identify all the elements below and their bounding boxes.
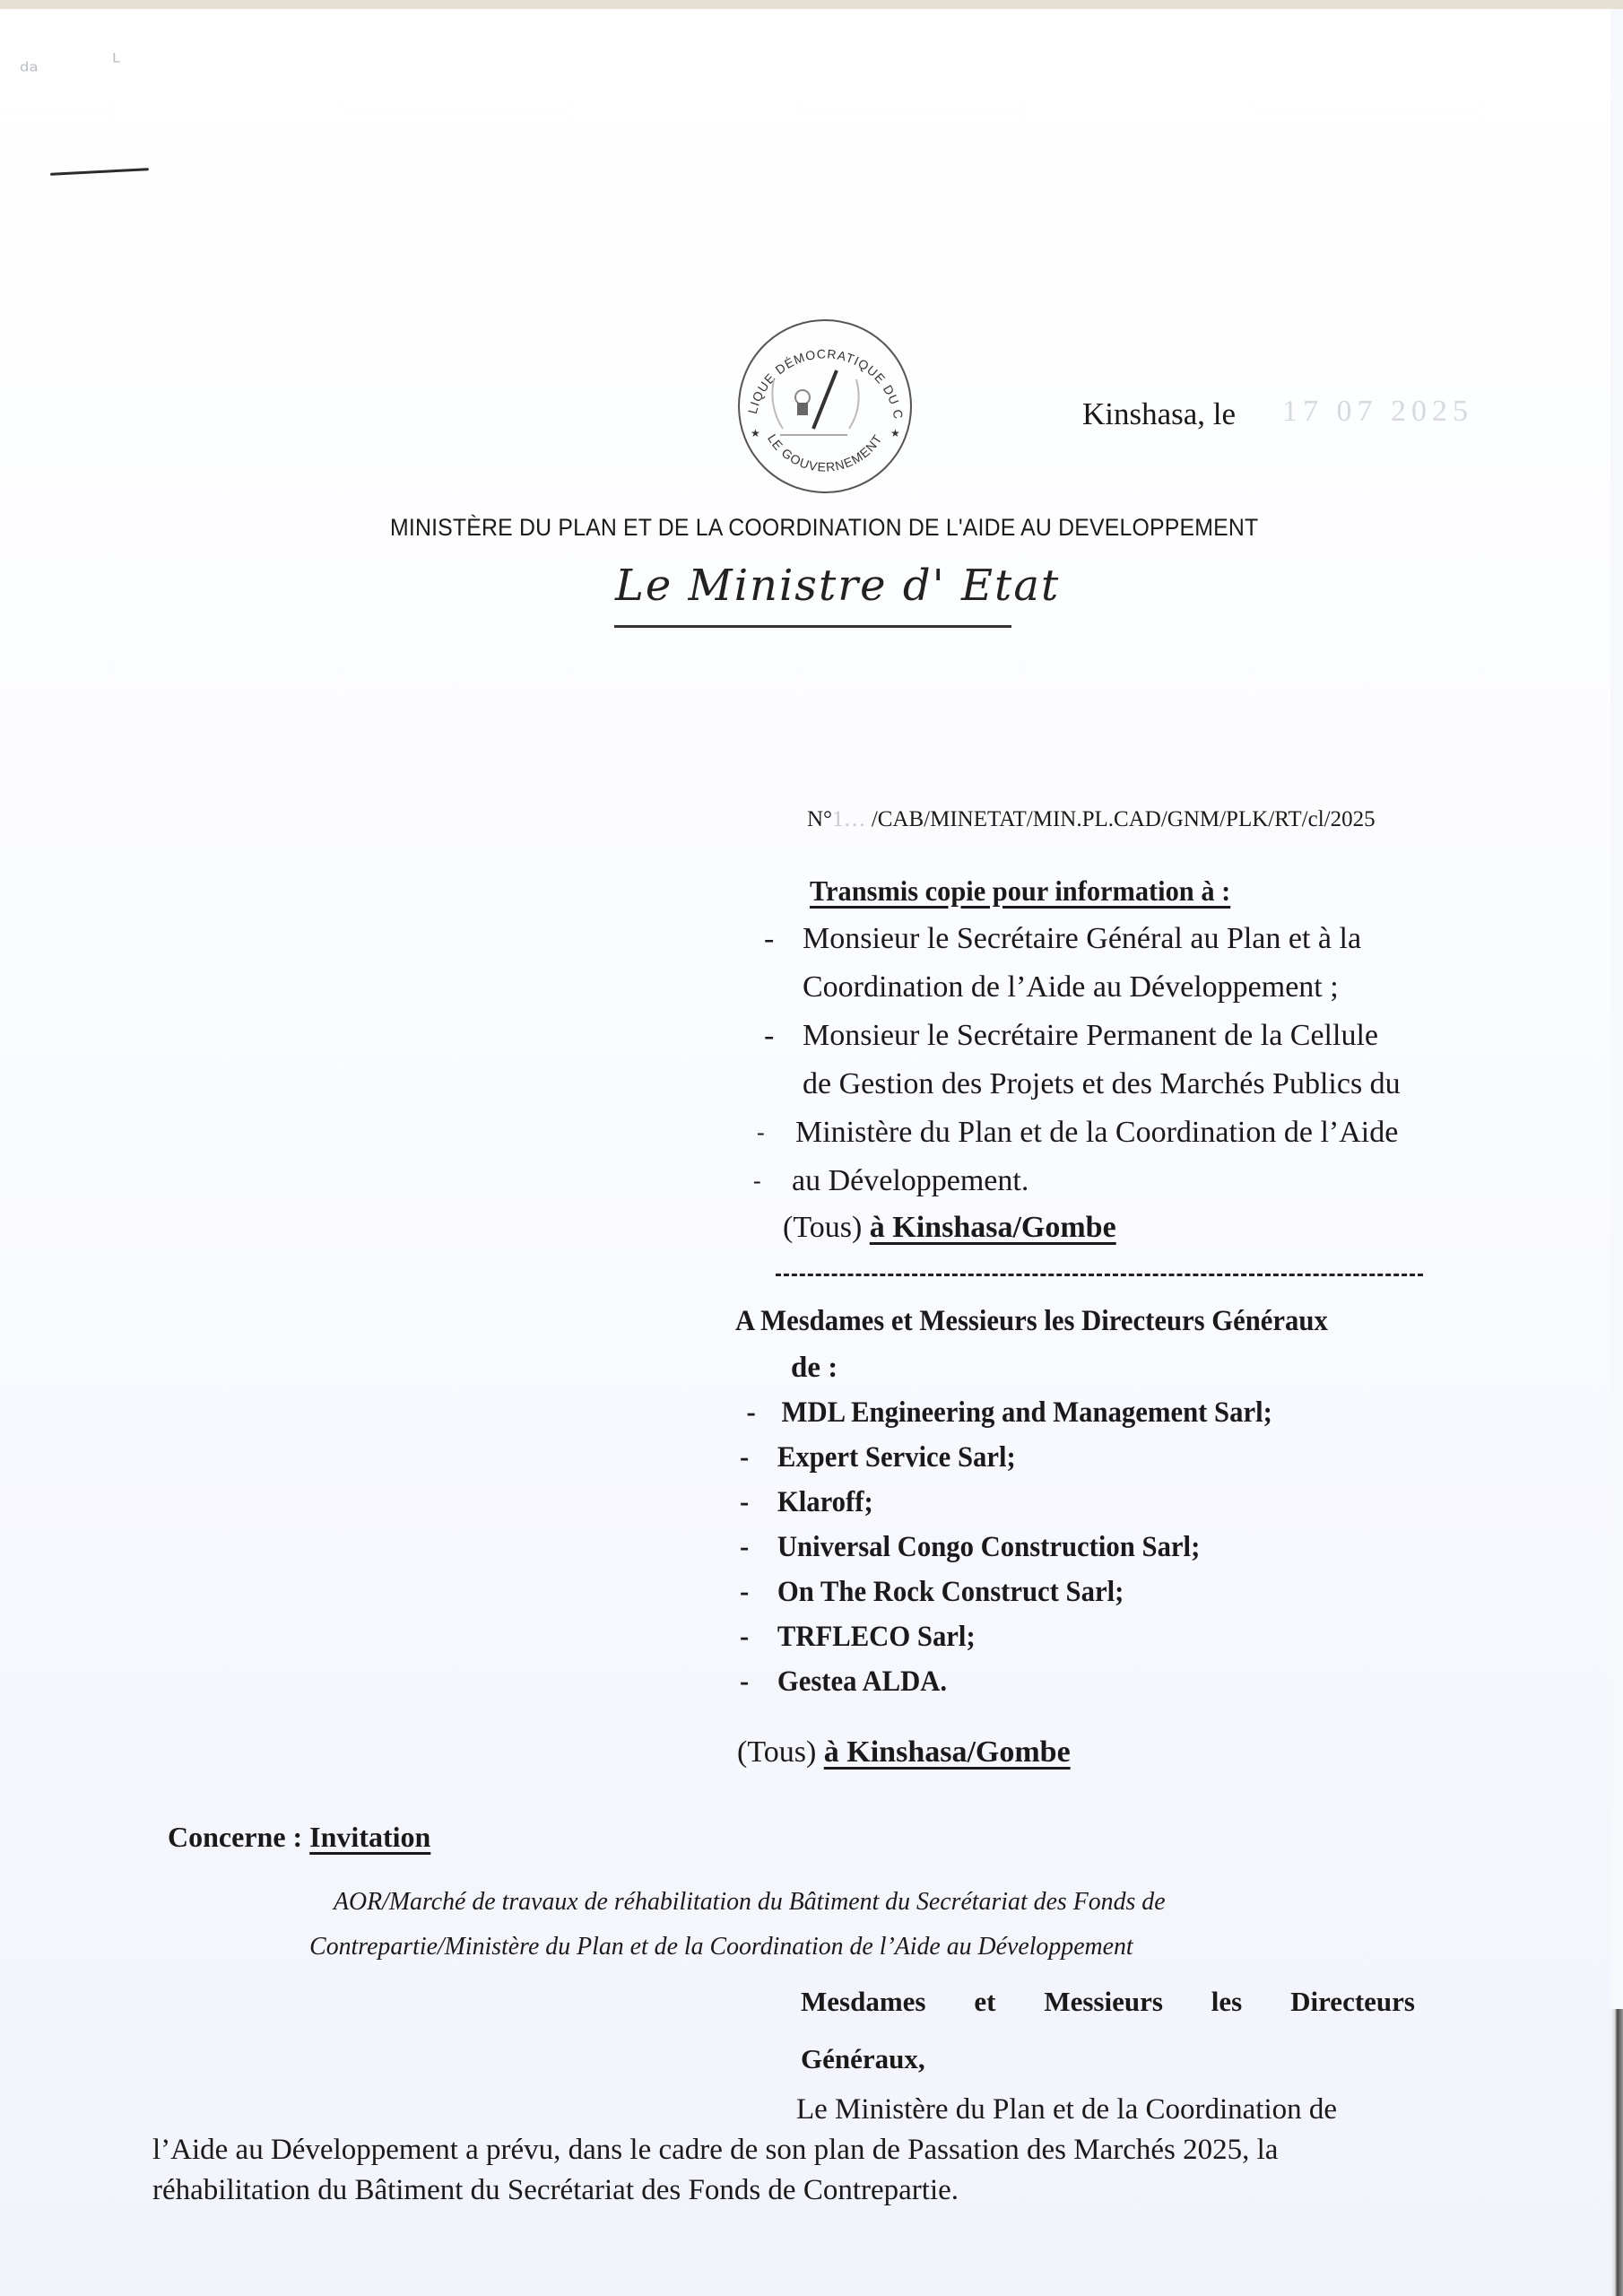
- list-item: -Monsieur le Secrétaire Permanent de la …: [753, 1012, 1471, 1060]
- list-item: -MDL Engineering and Management Sarl;: [740, 1390, 1272, 1435]
- list-item: de Gestion des Projets et des Marchés Pu…: [753, 1060, 1471, 1109]
- list-item: -Gestea ALDA.: [740, 1659, 1272, 1704]
- government-seal: RÉPUBLIQUE DÉMOCRATIQUE DU CONGO LE GOUV…: [731, 317, 919, 496]
- list-item: -Klaroff;: [740, 1480, 1272, 1525]
- dashed-separator: [776, 1274, 1423, 1276]
- subject-detail: AOR/Marché de travaux de réhabilitation …: [334, 1879, 1384, 1969]
- list-item: -au Développement.: [742, 1157, 1471, 1205]
- svg-text:LE GOUVERNEMENT: LE GOUVERNEMENT: [765, 431, 885, 474]
- margin-scribble: ᴸ: [112, 49, 120, 76]
- document-page: ᵈᵃ ᴸ RÉPUBLIQUE DÉMOCRATIQUE DU CONGO LE…: [0, 9, 1610, 2296]
- title-underline: [614, 625, 1011, 628]
- coat-of-arms-icon: RÉPUBLIQUE DÉMOCRATIQUE DU CONGO LE GOUV…: [731, 317, 919, 496]
- svg-text:RÉPUBLIQUE DÉMOCRATIQUE DU CON: RÉPUBLIQUE DÉMOCRATIQUE DU CONGO: [731, 317, 906, 421]
- subject-label: Concerne :: [168, 1821, 309, 1853]
- svg-text:★: ★: [751, 427, 760, 439]
- copy-to-location: (Tous) à Kinshasa/Gombe: [783, 1211, 1116, 1245]
- date-stamp: 17 07 2025: [1282, 395, 1473, 429]
- copy-to-heading: Transmis copie pour information à :: [810, 874, 1230, 908]
- margin-scribble: ᵈᵃ: [20, 58, 39, 85]
- ministry-header: MINISTÈRE DU PLAN ET DE LA COORDINATION …: [390, 514, 1258, 542]
- handwritten-dash: [50, 168, 149, 176]
- svg-text:★: ★: [890, 427, 900, 439]
- place-date-label: Kinshasa, le: [1082, 396, 1236, 432]
- list-item: -On The Rock Construct Sarl;: [740, 1570, 1272, 1614]
- list-item: -Expert Service Sarl;: [740, 1435, 1272, 1480]
- ref-handwritten-number: 1…: [832, 807, 866, 831]
- list-item: -Monsieur le Secrétaire Général au Plan …: [753, 915, 1471, 963]
- recipient-list: -MDL Engineering and Management Sarl; -E…: [740, 1390, 1313, 1704]
- copy-to-list: -Monsieur le Secrétaire Général au Plan …: [753, 915, 1471, 1205]
- list-item: -TRFLECO Sarl;: [740, 1614, 1272, 1659]
- signatory-title: Le Ministre d' Etat: [615, 561, 1060, 611]
- list-item: -Universal Congo Construction Sarl;: [740, 1525, 1272, 1570]
- scan-right-edge: [1610, 2009, 1623, 2296]
- scan-top-edge: [0, 0, 1623, 9]
- ref-prefix: N°: [807, 807, 832, 831]
- ref-code: /CAB/MINETAT/MIN.PL.CAD/GNM/PLK/RT/cl/20…: [872, 807, 1376, 831]
- addressees-de: de :: [791, 1352, 838, 1385]
- subject-line: Concerne : Invitation: [168, 1821, 430, 1854]
- list-item: Coordination de l’Aide au Développement …: [753, 963, 1471, 1012]
- addressees-location: (Tous) à Kinshasa/Gombe: [737, 1735, 1071, 1770]
- subject-title: Invitation: [309, 1821, 430, 1853]
- list-item: -Ministère du Plan et de la Coordination…: [746, 1109, 1471, 1157]
- reference-number: N°1… /CAB/MINETAT/MIN.PL.CAD/GNM/PLK/RT/…: [807, 807, 1376, 832]
- salutation: Mesdames et Messieurs les Directeurs Gén…: [801, 1973, 1415, 2088]
- body-paragraph: Le Ministère du Plan et de la Coordinati…: [152, 2090, 1426, 2211]
- addressees-heading: A Mesdames et Messieurs les Directeurs G…: [735, 1305, 1328, 1338]
